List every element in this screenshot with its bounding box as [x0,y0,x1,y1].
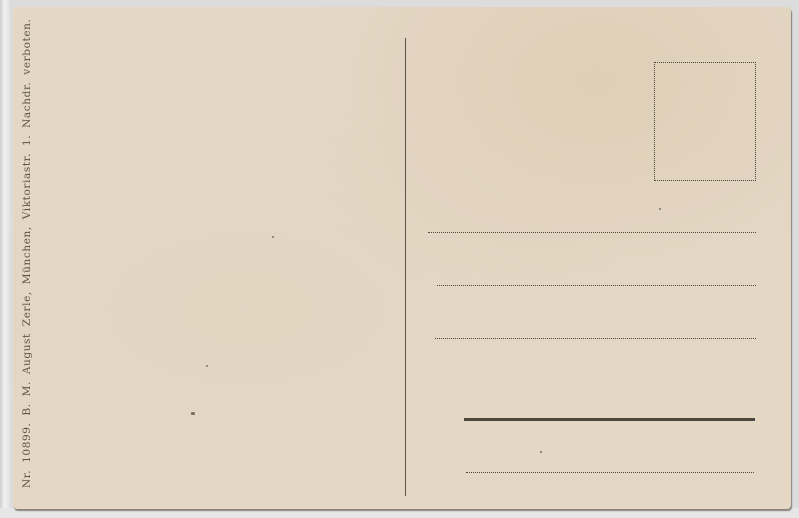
stamp-placement-box [654,62,756,181]
address-line-2 [437,285,756,286]
message-address-divider [405,38,406,496]
address-line-5 [466,472,754,473]
paper-speck [540,451,542,453]
scan-background-bottom [0,508,799,518]
paper-speck [191,412,195,415]
scan-background-left [0,0,12,518]
publisher-imprint: Nr. 10899. B. M. August Zerle, München, … [21,19,33,488]
address-line-solid [464,418,755,421]
paper-speck [272,236,274,238]
paper-speck [659,208,661,210]
paper-speck [206,365,208,367]
address-line-3 [435,338,756,339]
address-line-1 [428,232,756,233]
